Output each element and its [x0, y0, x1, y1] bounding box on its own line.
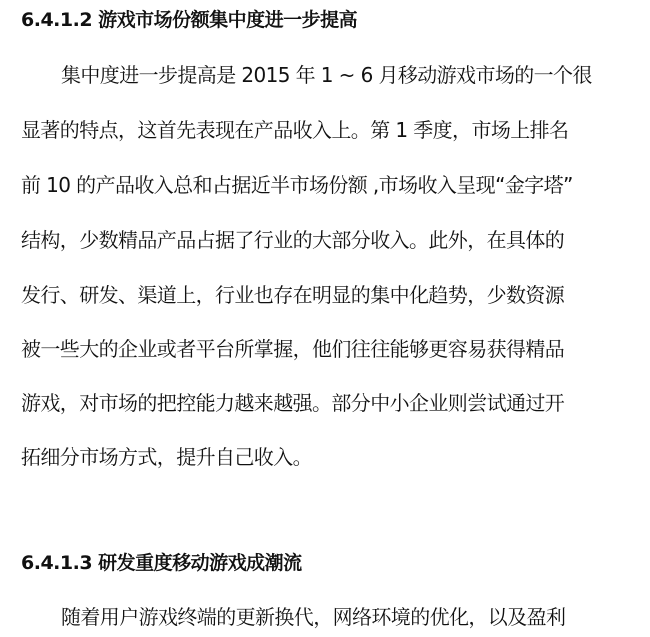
paragraph-line: 显著的特点，这首先表现在产品收入上。第 1 季度，市场上排名 — [21, 117, 568, 143]
paragraph-line: 集中度进一步提高是 2015 年 1 ~ 6 月移动游戏市场的一个很 — [61, 62, 592, 88]
paragraph-line: 发行、研发、渠道上，行业也存在明显的集中化趋势，少数资源 — [21, 282, 564, 308]
paragraph-line: 游戏，对市场的把控能力越来越强。部分中小企业则尝试通过开 — [21, 390, 564, 416]
paragraph-line: 被一些大的企业或者平台所掌握，他们往往能够更容易获得精品 — [21, 336, 564, 362]
paragraph-line: 拓细分市场方式，提升自己收入。 — [21, 444, 312, 470]
paragraph-line: 随着用户游戏终端的更新换代，网络环境的优化，以及盈利 — [61, 604, 565, 630]
paragraph-line: 结构，少数精品产品占据了行业的大部分收入。此外，在具体的 — [21, 227, 564, 253]
paragraph-line: 前 10 的产品收入总和占据近半市场份额 ,市场收入呈现“金字塔” — [21, 172, 573, 198]
section-heading-6-4-1-2: 6.4.1.2 游戏市场份额集中度进一步提高 — [21, 8, 357, 32]
section-heading-6-4-1-3: 6.4.1.3 研发重度移动游戏成潮流 — [21, 551, 302, 575]
